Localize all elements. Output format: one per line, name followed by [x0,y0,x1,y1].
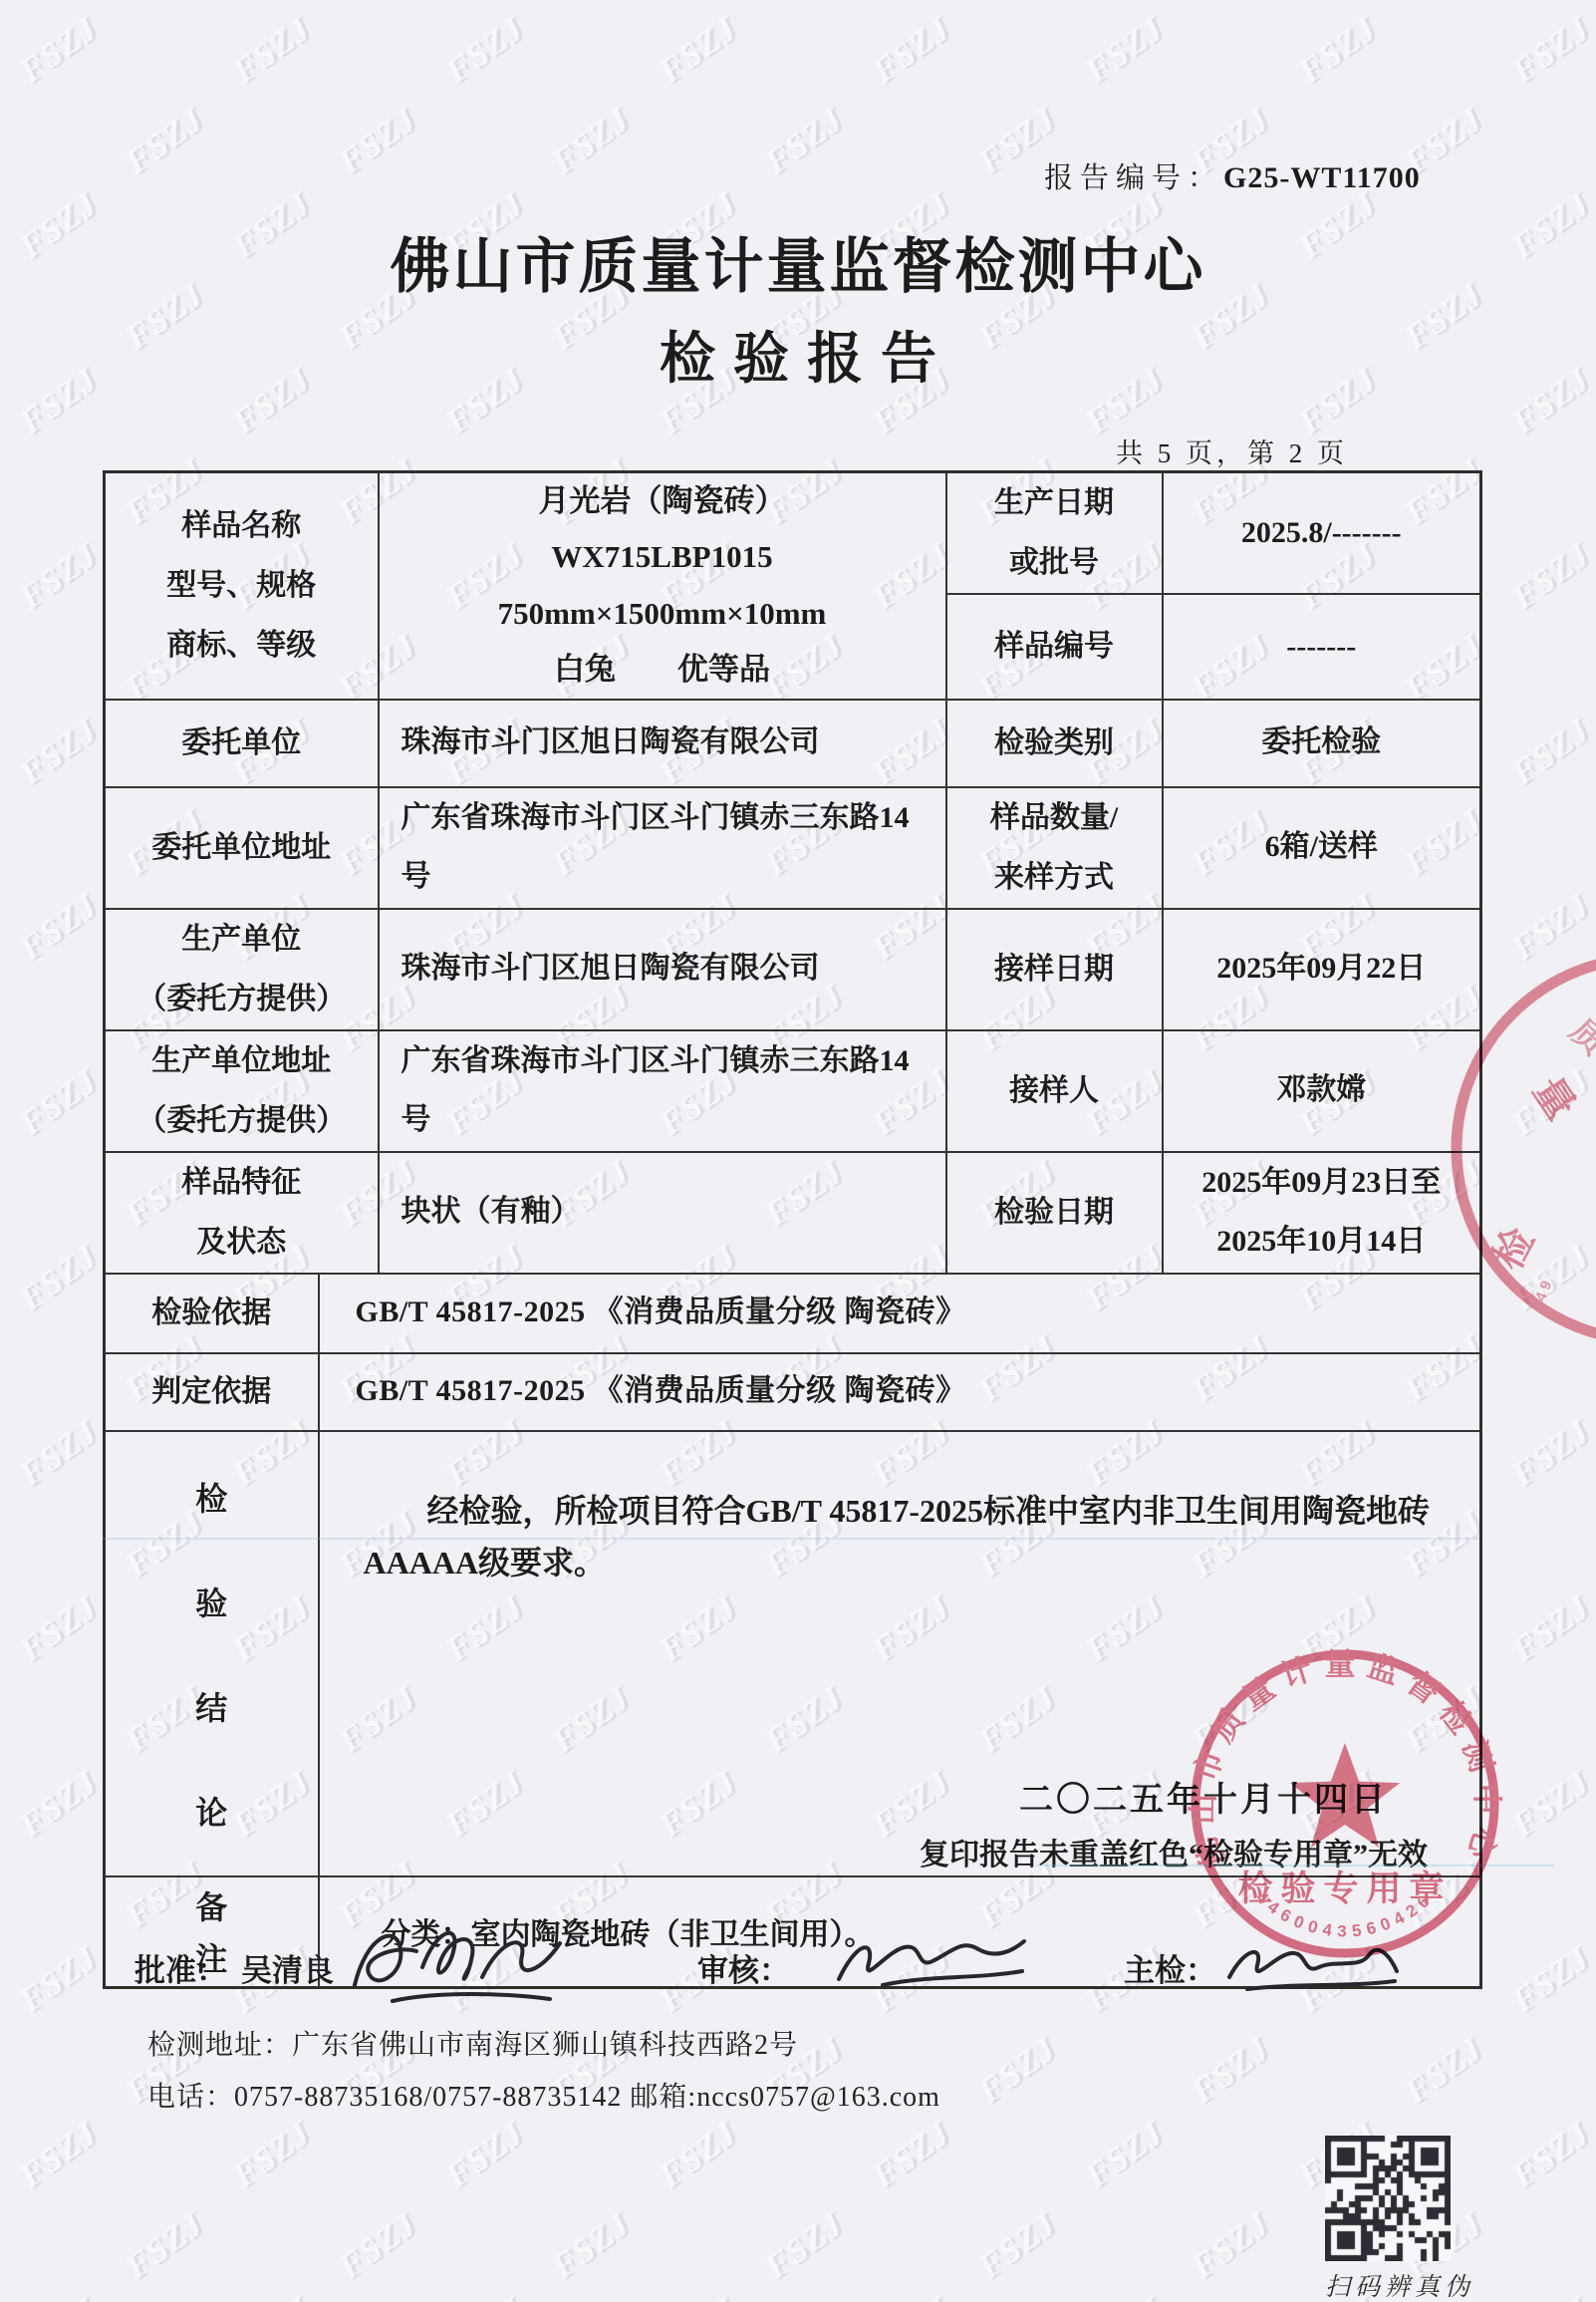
report-table: 样品名称 型号、规格 商标、等级 月光岩（陶瓷砖） WX715LBP1015 7… [103,470,1482,1989]
manufacturer-label: 生产单位 （委托方提供） [105,909,379,1030]
report-number-value: G25-WT11700 [1223,161,1421,194]
conclusion-char-1: 检 [195,1474,227,1520]
chief-inspector-group: 主检： [1124,1945,1216,1990]
conclusion-char-4: 论 [195,1788,227,1834]
qr-block: 扫码辨真伪 [1325,2136,1474,2302]
judgment-basis-label: 判定依据 [105,1353,319,1431]
receiver-value: 邓款嫦 [1163,1030,1481,1152]
sample-state-label: 样品特征 及状态 [105,1152,379,1274]
client-address-value: 广东省珠海市斗门区斗门镇赤三东路14号 [379,787,946,909]
sample-name-label: 样品名称 型号、规格 商标、等级 [105,472,379,700]
report-number-line: 报告编号：G25-WT11700 [1044,149,1421,208]
conclusion-char-2: 验 [195,1579,227,1624]
judgment-basis-value: GB/T 45817-2025 《消费品质量分级 陶瓷砖》 [319,1353,1481,1431]
manufacturer-address-value: 广东省珠海市斗门区斗门镇赤三东路14号 [379,1030,946,1152]
partial-stamp-digits: 4 9 [1532,1279,1556,1304]
inspection-basis-label: 检验依据 [105,1274,319,1353]
inspection-type-value: 委托检验 [1163,700,1481,787]
approve-signature [337,1907,586,2017]
report-title: 检验报告 [0,315,1596,395]
receive-date-value: 2025年09月22日 [1163,909,1481,1030]
report-number-label: 报告编号： [1044,162,1223,194]
manufacturer-address-label: 生产单位地址 （委托方提供） [105,1030,379,1152]
sample-number-value: ------- [1163,594,1481,699]
copy-invalid-note: 复印报告未重盖红色“检验专用章”无效 [920,1830,1428,1873]
review-label: 审核： [697,1953,790,1988]
sample-qty-value: 6箱/送样 [1163,787,1481,909]
manufacturer-value: 珠海市斗门区旭日陶瓷有限公司 [379,909,946,1030]
inspection-date-label: 检验日期 [946,1152,1163,1274]
review-group: 审核： [697,1945,790,1990]
chief-label: 主检： [1124,1953,1216,1988]
sample-number-label: 样品编号 [946,594,1163,699]
receiver-label: 接样人 [946,1030,1163,1152]
center-title: 佛山市质量计量监督检测中心 [0,219,1596,305]
client-label: 委托单位 [105,700,379,787]
inspection-basis-value: GB/T 45817-2025 《消费品质量分级 陶瓷砖》 [319,1274,1481,1353]
sample-qty-label: 样品数量/ 来样方式 [946,787,1163,909]
production-date-value: 2025.8/------- [1163,472,1481,595]
conclusion-char-3: 结 [195,1683,227,1729]
inspection-type-label: 检验类别 [946,700,1163,787]
production-date-label: 生产日期 或批号 [946,472,1163,595]
conclusion-label-cell: 检 验 结 论 [105,1431,319,1876]
approve-name: 吴清良 [241,1953,334,1988]
partial-stamp-char: 量 [1525,1069,1585,1127]
client-value: 珠海市斗门区旭日陶瓷有限公司 [379,700,946,787]
review-signature [825,1921,1039,2006]
approve-label: 批准： [134,1953,227,1988]
qr-code [1325,2136,1451,2261]
conclusion-vertical-label: 检 验 结 论 [106,1444,318,1863]
lab-address: 检测地址：广东省佛山市南海区狮山镇科技西路2号 [147,2023,798,2063]
chief-signature [1217,1925,1412,2003]
conclusion-cell: 经检验，所检项目符合GB/T 45817-2025标准中室内非卫生间用陶瓷地砖A… [319,1431,1481,1876]
conclusion-content: 经检验，所检项目符合GB/T 45817-2025标准中室内非卫生间用陶瓷地砖A… [320,1433,1480,1874]
remark-char-1: 备 [195,1882,227,1928]
inspection-date-value: 2025年09月23日至 2025年10月14日 [1163,1152,1481,1274]
sample-name-value: 月光岩（陶瓷砖） WX715LBP1015 750mm×1500mm×10mm … [379,472,946,700]
partial-stamp-char: 质 [1562,1011,1596,1062]
inspection-report-page: FSZJ FSZJ FSZJ FSZJ 报告编号：G25-WT11700 佛山市… [0,0,1596,2302]
conclusion-text: 经检验，所检项目符合GB/T 45817-2025标准中室内非卫生间用陶瓷地砖A… [364,1485,1441,1590]
partial-stamp-char: 检 [1484,1221,1543,1277]
receive-date-label: 接样日期 [946,909,1163,1030]
qr-caption: 扫码辨真伪 [1325,2267,1474,2302]
lab-contact: 电话：0757-88735168/0757-88735142 邮箱:nccs07… [147,2075,940,2115]
approve-group: 批准：吴清良 [134,1945,334,1990]
client-address-label: 委托单位地址 [105,787,379,909]
sample-state-value: 块状（有釉） [379,1152,946,1274]
page-info: 共 5 页，第 2 页 [1116,432,1348,470]
conclusion-date: 二〇二五年十月十四日 [1019,1772,1388,1821]
